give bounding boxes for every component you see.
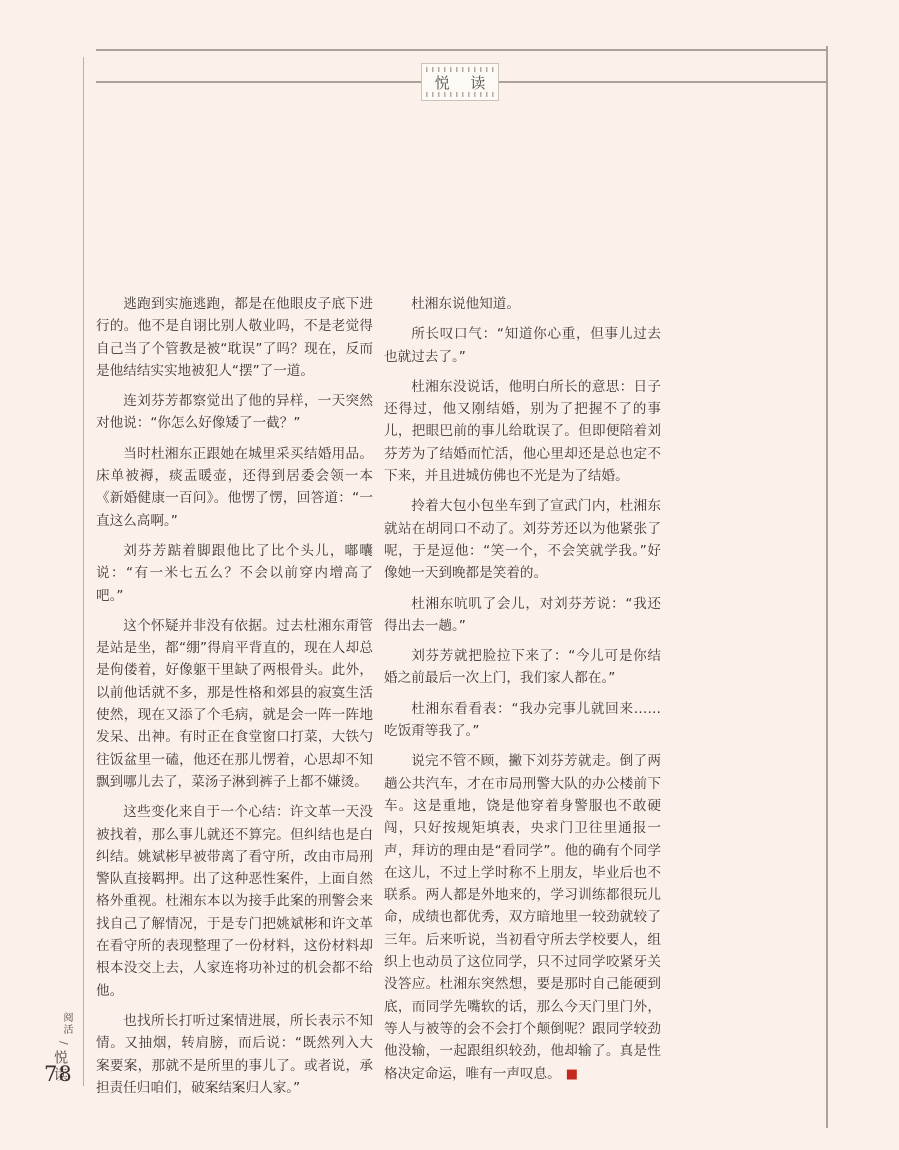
paragraph: 这些变化来自于一个心结：许文革一天没被找着，那么事儿就还不算完。但纠结也是白纠结… (96, 801, 373, 1002)
left-margin-rule (83, 57, 84, 1086)
film-perforation-top-icon (426, 67, 494, 72)
spine-label-small: 阅活 (61, 1012, 72, 1036)
paragraph: 连刘芬芳都察觉出了他的异样，一天突然对他说：“你怎么好像矮了一截？” (96, 390, 373, 435)
paragraph: 杜湘东看看表：“我办完事儿就回来……吃饭甭等我了。” (384, 698, 661, 743)
paragraph: 杜湘东吭叽了会儿，对刘芬芳说：“我还得出去一趟。” (384, 593, 661, 638)
paragraph: 拎着大包小包坐车到了宣武门内，杜湘东就站在胡同口不动了。刘芬芳还以为他紧张了呢，… (384, 495, 661, 584)
film-perforation-bottom-icon (426, 92, 494, 97)
paragraph: 杜湘东说他知道。 (384, 293, 661, 315)
magazine-page-scan: { "header": { "tab_label": "悦 读" }, "foo… (0, 0, 899, 1150)
paragraph: 杜湘东没说话，他明白所长的意思：日子还得过，他又刚结婚，别为了把握不了的事儿，把… (384, 376, 661, 487)
paragraph: 所长叹口气：“知道你心重，但事儿过去也就过去了。” (384, 323, 661, 368)
article-end-mark: ■ (566, 1067, 578, 1082)
section-tab: 悦 读 (421, 63, 499, 101)
left-text-column: 逃跑到实施逃跑，都是在他眼皮子底下进行的。他不是自诩比别人敬业吗，不是老觉得自己… (96, 293, 373, 1099)
paragraph: 说完不管不顾，撇下刘芬芳就走。倒了两趟公共汽车，才在市局刑警大队的办公楼前下车。… (384, 750, 661, 1085)
page-number: 78 (44, 1062, 73, 1086)
section-tab-label: 悦 读 (431, 72, 490, 93)
spine-label-slash: / (57, 1041, 70, 1045)
paragraph: 当时杜湘东正跟她在城里采买结婚用品。床单被褥，痰盂暖壶，还得到居委会领一本《新婚… (96, 443, 373, 532)
header-rule-top (96, 49, 827, 51)
paragraph: 也找所长打听过案情进展，所长表示不知情。又抽烟，转肩膀，而后说：“既然列入大案要… (96, 1010, 373, 1099)
paragraph: 逃跑到实施逃跑，都是在他眼皮子底下进行的。他不是自诩比别人敬业吗，不是老觉得自己… (96, 293, 373, 382)
paragraph: 这个怀疑并非没有依据。过去杜湘东甭管是站是坐，都“绷”得肩平背直的，现在人却总是… (96, 615, 373, 793)
right-text-column: 杜湘东说他知道。所长叹口气：“知道你心重，但事儿过去也就过去了。”杜湘东没说话，… (384, 293, 661, 1086)
paragraph: 刘芬芳踮着脚跟他比了比个头儿，嘟囔说：“有一米七五么？不会以前穿内增高了吧。” (96, 540, 373, 607)
paragraph: 刘芬芳就把脸拉下来了：“今儿可是你结婚之前最后一次上门，我们家人都在。” (384, 645, 661, 690)
right-margin-rule (826, 46, 828, 1128)
